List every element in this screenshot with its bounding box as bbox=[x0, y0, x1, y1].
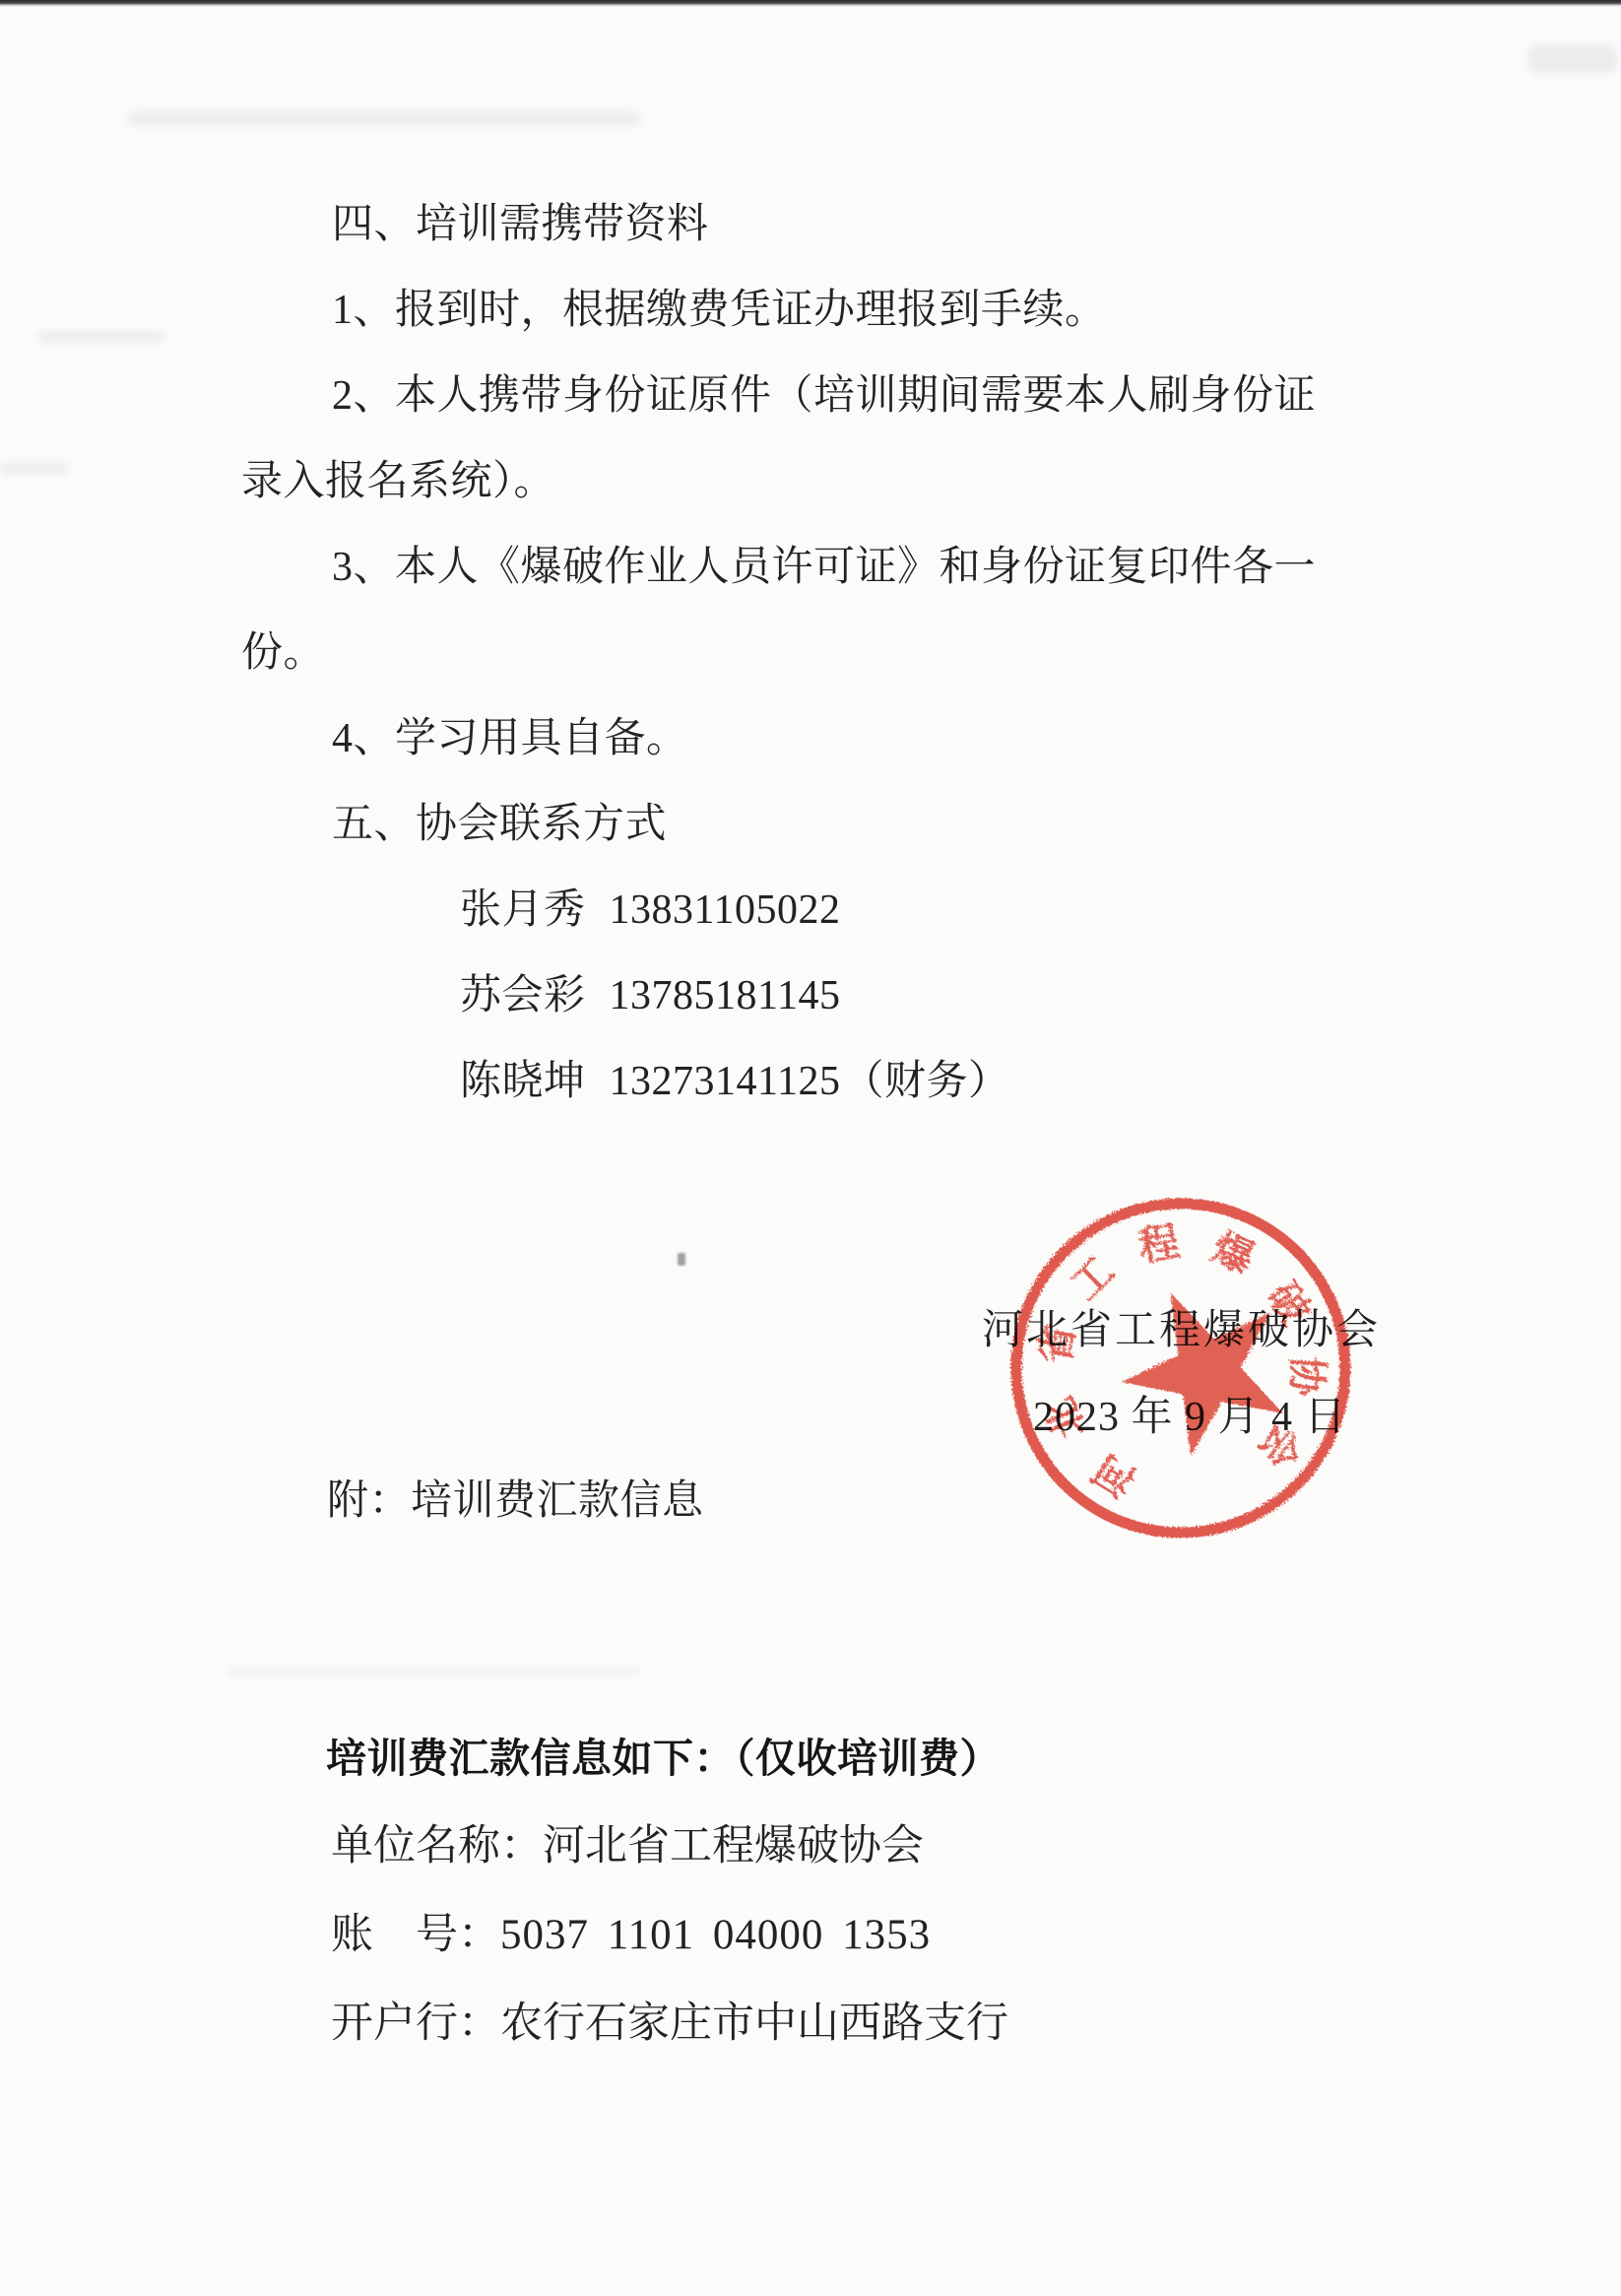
item-4: 4、学习用具自备。 bbox=[332, 715, 688, 762]
seal-arc-char: 工 bbox=[1063, 1248, 1123, 1309]
scan-edge-artifact bbox=[0, 0, 1621, 7]
contact-row: 张月秀13831105022 bbox=[460, 886, 842, 934]
seal-arc-char: 协 bbox=[1282, 1354, 1330, 1400]
seal-arc-char: 省 bbox=[1031, 1320, 1083, 1368]
account-name-value: 河北省工程爆破协会 bbox=[543, 1823, 924, 1870]
scan-smudge bbox=[227, 1667, 640, 1676]
account-no-label: 账 号： bbox=[331, 1912, 500, 1958]
contact-row: 陈晓坤13273141125（财务） bbox=[460, 1058, 1009, 1105]
official-seal-stamp: 河北省工程爆破协会 bbox=[984, 1171, 1378, 1565]
scan-smudge bbox=[1528, 45, 1617, 73]
item-2-line-1: 2、本人携带身份证原件（培训期间需要本人刷身份证 bbox=[332, 372, 1316, 420]
remittance-account-no-row: 账 号：5037 1101 04000 1353 bbox=[331, 1911, 931, 1959]
seal-arc-char: 破 bbox=[1259, 1275, 1319, 1333]
item-2-line-2: 录入报名系统）。 bbox=[241, 458, 555, 505]
heading-section-4: 四、培训需携带资料 bbox=[332, 201, 709, 248]
contact-row: 苏会彩13785181145 bbox=[460, 972, 842, 1019]
scan-speck bbox=[678, 1253, 685, 1266]
seal-arc-char: 会 bbox=[1250, 1415, 1310, 1476]
bank-label: 开户行： bbox=[331, 2001, 500, 2047]
contact-phone: 13273141125 bbox=[610, 1059, 841, 1104]
seal-arc-char: 河 bbox=[1085, 1445, 1143, 1505]
seal-arc-char: 北 bbox=[1036, 1391, 1094, 1446]
seal-arc-char: 程 bbox=[1135, 1218, 1183, 1270]
account-name-label: 单位名称： bbox=[331, 1823, 543, 1870]
item-3-line-1: 3、本人《爆破作业人员许可证》和身份证复印件各一 bbox=[332, 544, 1316, 591]
remittance-account-name-row: 单位名称：河北省工程爆破协会 bbox=[331, 1822, 924, 1870]
seal-arc-char: 爆 bbox=[1205, 1224, 1261, 1282]
bank-value: 农行石家庄市中山西路支行 bbox=[500, 2001, 1008, 2047]
contact-phone: 13785181145 bbox=[610, 973, 841, 1018]
item-3-line-2: 份。 bbox=[241, 629, 325, 677]
scan-smudge bbox=[128, 110, 640, 126]
account-no-value: 5037 1101 04000 1353 bbox=[500, 1912, 931, 1958]
scan-smudge bbox=[0, 463, 69, 475]
scan-smudge bbox=[37, 331, 165, 343]
item-1: 1、报到时，根据缴费凭证办理报到手续。 bbox=[332, 287, 1107, 334]
attachment-note: 附：培训费汇款信息 bbox=[327, 1477, 704, 1525]
document-page: 四、培训需携带资料 1、报到时，根据缴费凭证办理报到手续。 2、本人携带身份证原… bbox=[0, 0, 1621, 2296]
contact-name: 苏会彩 bbox=[460, 973, 586, 1018]
heading-section-5: 五、协会联系方式 bbox=[332, 801, 667, 848]
contact-phone: 13831105022 bbox=[610, 887, 841, 933]
remittance-bank-row: 开户行：农行石家庄市中山西路支行 bbox=[331, 2000, 1008, 2048]
remittance-heading: 培训费汇款信息如下：（仅收培训费） bbox=[326, 1736, 1001, 1782]
contact-name: 陈晓坤 bbox=[460, 1059, 586, 1104]
contact-note: （财务） bbox=[842, 1059, 1009, 1104]
contact-name: 张月秀 bbox=[460, 887, 586, 933]
